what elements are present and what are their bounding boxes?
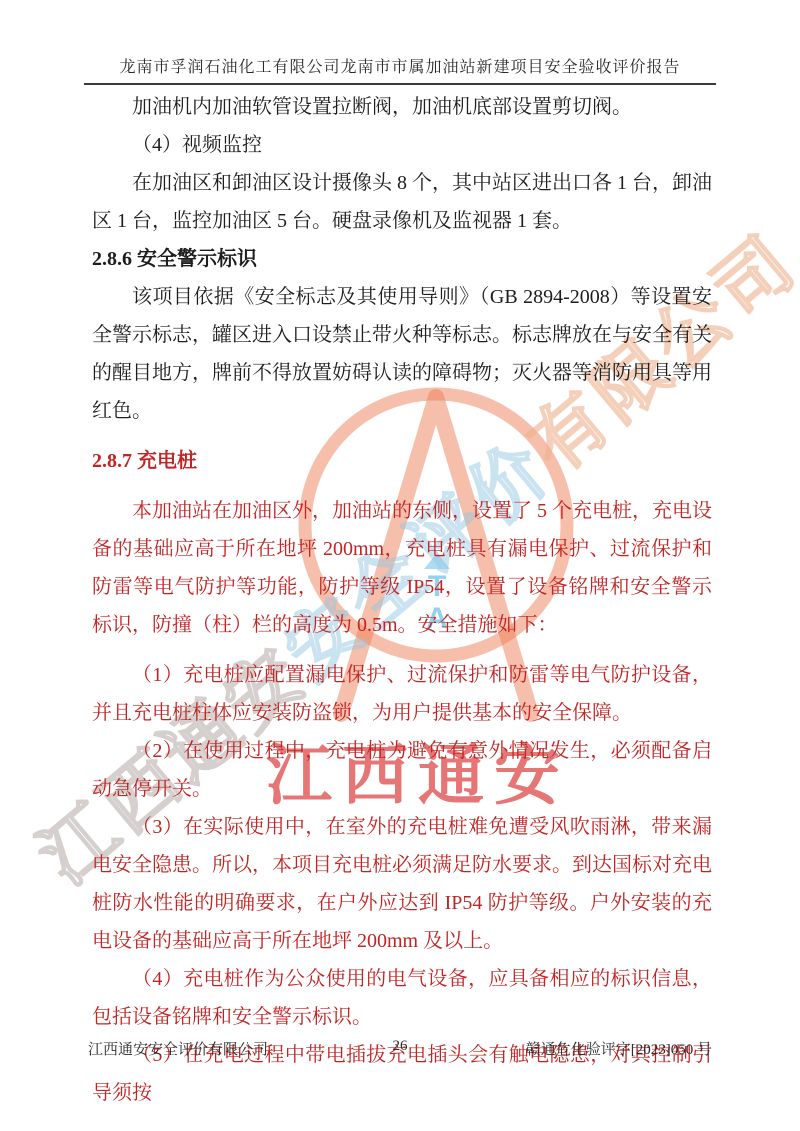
footer-doc-number: 赣通危化验评字[2023]050 号 [526,1038,712,1059]
paragraph-measure-4: （4）充电桩作为公众使用的电气设备，应具备相应的标识信息，包括设备铭牌和安全警示… [92,960,712,1036]
paragraph-cameras: 在加油区和卸油区设计摄像头 8 个，其中站区进出口各 1 台，卸油区 1 台，监… [92,164,712,240]
document-body: 加油机内加油软管设置拉断阀，加油机底部设置剪切阀。 （4）视频监控 在加油区和卸… [92,88,712,1112]
report-page: T A 江西通安安全评价有限公司 江西通安 龙南市孚润石油化工有限公司龙南市市属… [0,0,800,1131]
paragraph-video-label: （4）视频监控 [92,126,712,164]
section-heading-2-8-6: 2.8.6 安全警示标识 [92,240,712,278]
paragraph-safety-signs: 该项目依据《安全标志及其使用导则》（GB 2894-2008）等设置安全警示标志… [92,278,712,430]
page-header-title: 龙南市孚润石油化工有限公司龙南市市属加油站新建项目安全验收评价报告 [0,54,800,77]
header-rule [84,83,716,85]
paragraph-measure-3: （3）在实际使用中，在室外的充电桩难免遭受风吹雨淋，带来漏电安全隐患。所以，本项… [92,808,712,960]
paragraph-measure-1: （1）充电桩应配置漏电保护、过流保护和防雷等电气防护设备，并且充电桩柱体应安装防… [92,656,712,732]
paragraph-hose-valves: 加油机内加油软管设置拉断阀，加油机底部设置剪切阀。 [92,88,712,126]
section-heading-2-8-7: 2.8.7 充电桩 [92,442,712,480]
paragraph-charging-intro: 本加油站在加油区外，加油站的东侧，设置了 5 个充电桩，充电设备的基础应高于所在… [92,492,712,644]
paragraph-measure-2: （2）在使用过程中，充电桩为避免有意外情况发生，必须配备启动急停开关。 [92,732,712,808]
